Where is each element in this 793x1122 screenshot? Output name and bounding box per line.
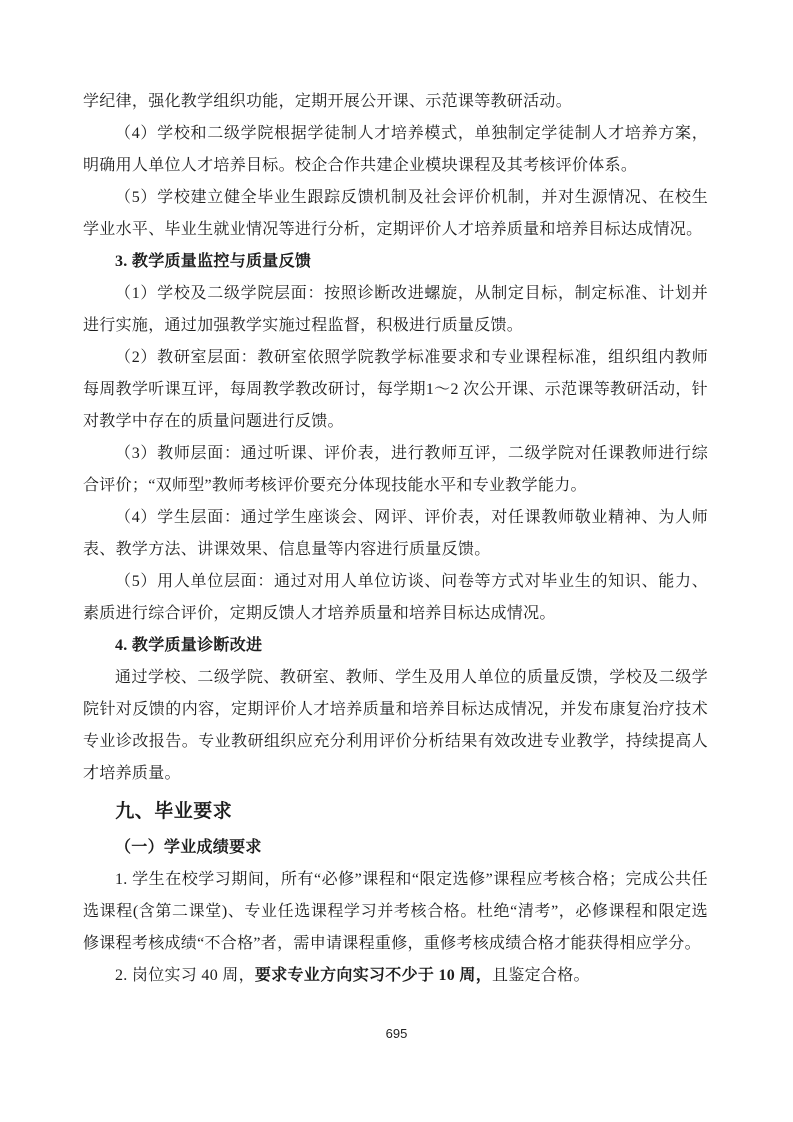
heading-quality-diagnosis-improvement: 4. 教学质量诊断改进 [83,630,708,662]
document-page: 学纪律，强化教学组织功能，定期开展公开课、示范课等教研活动。 （4）学校和二级学… [0,0,793,1122]
paragraph-level-2-teaching-research-office: （2）教研室层面：教研室依照学院教学标准要求和专业课程标准，组织组内教师每周教学… [83,342,708,438]
paragraph-academic-requirement-1: 1. 学生在校学习期间，所有“必修”课程和“限定选修”课程应考核合格；完成公共任… [83,864,708,960]
paragraph-item-5-graduate-tracking: （5）学校建立健全毕业生跟踪反馈机制及社会评价机制，并对生源情况、在校生学业水平… [83,182,708,246]
document-body: 学纪律，强化教学组织功能，定期开展公开课、示范课等教研活动。 （4）学校和二级学… [83,86,708,992]
requirement-2-run-normal-lead: 2. 岗位实习 40 周， [115,967,255,984]
paragraph-level-1-school-college: （1）学校及二级学院层面：按照诊断改进螺旋，从制定目标，制定标准、计划并进行实施… [83,278,708,342]
paragraph-quality-diagnosis-body: 通过学校、二级学院、教研室、教师、学生及用人单位的质量反馈，学校及二级学院针对反… [83,662,708,790]
paragraph-level-5-employer: （5）用人单位层面：通过对用人单位访谈、问卷等方式对毕业生的知识、能力、素质进行… [83,566,708,630]
requirement-2-run-bold-internship-minimum: 要求专业方向实习不少于 10 周， [255,967,492,984]
paragraph-item-4-apprenticeship-training: （4）学校和二级学院根据学徒制人才培养模式，单独制定学徒制人才培养方案，明确用人… [83,118,708,182]
paragraph-level-4-student: （4）学生层面：通过学生座谈会、网评、评价表，对任课教师敬业精神、为人师表、教学… [83,502,708,566]
page-number: 695 [0,1026,793,1041]
requirement-2-run-normal-tail: 且鉴定合格。 [492,967,590,984]
heading-graduation-requirements: 九、毕业要求 [83,796,708,828]
heading-quality-monitoring-feedback: 3. 教学质量监控与质量反馈 [83,246,708,278]
paragraph-academic-requirement-2: 2. 岗位实习 40 周，要求专业方向实习不少于 10 周，且鉴定合格。 [83,960,708,992]
paragraph-level-3-teacher: （3）教师层面：通过听课、评价表，进行教师互评，二级学院对任课教师进行综合评价；… [83,438,708,502]
heading-academic-performance-requirements: （一）学业成绩要求 [83,832,708,864]
paragraph-continuation-teaching-discipline: 学纪律，强化教学组织功能，定期开展公开课、示范课等教研活动。 [83,86,708,118]
